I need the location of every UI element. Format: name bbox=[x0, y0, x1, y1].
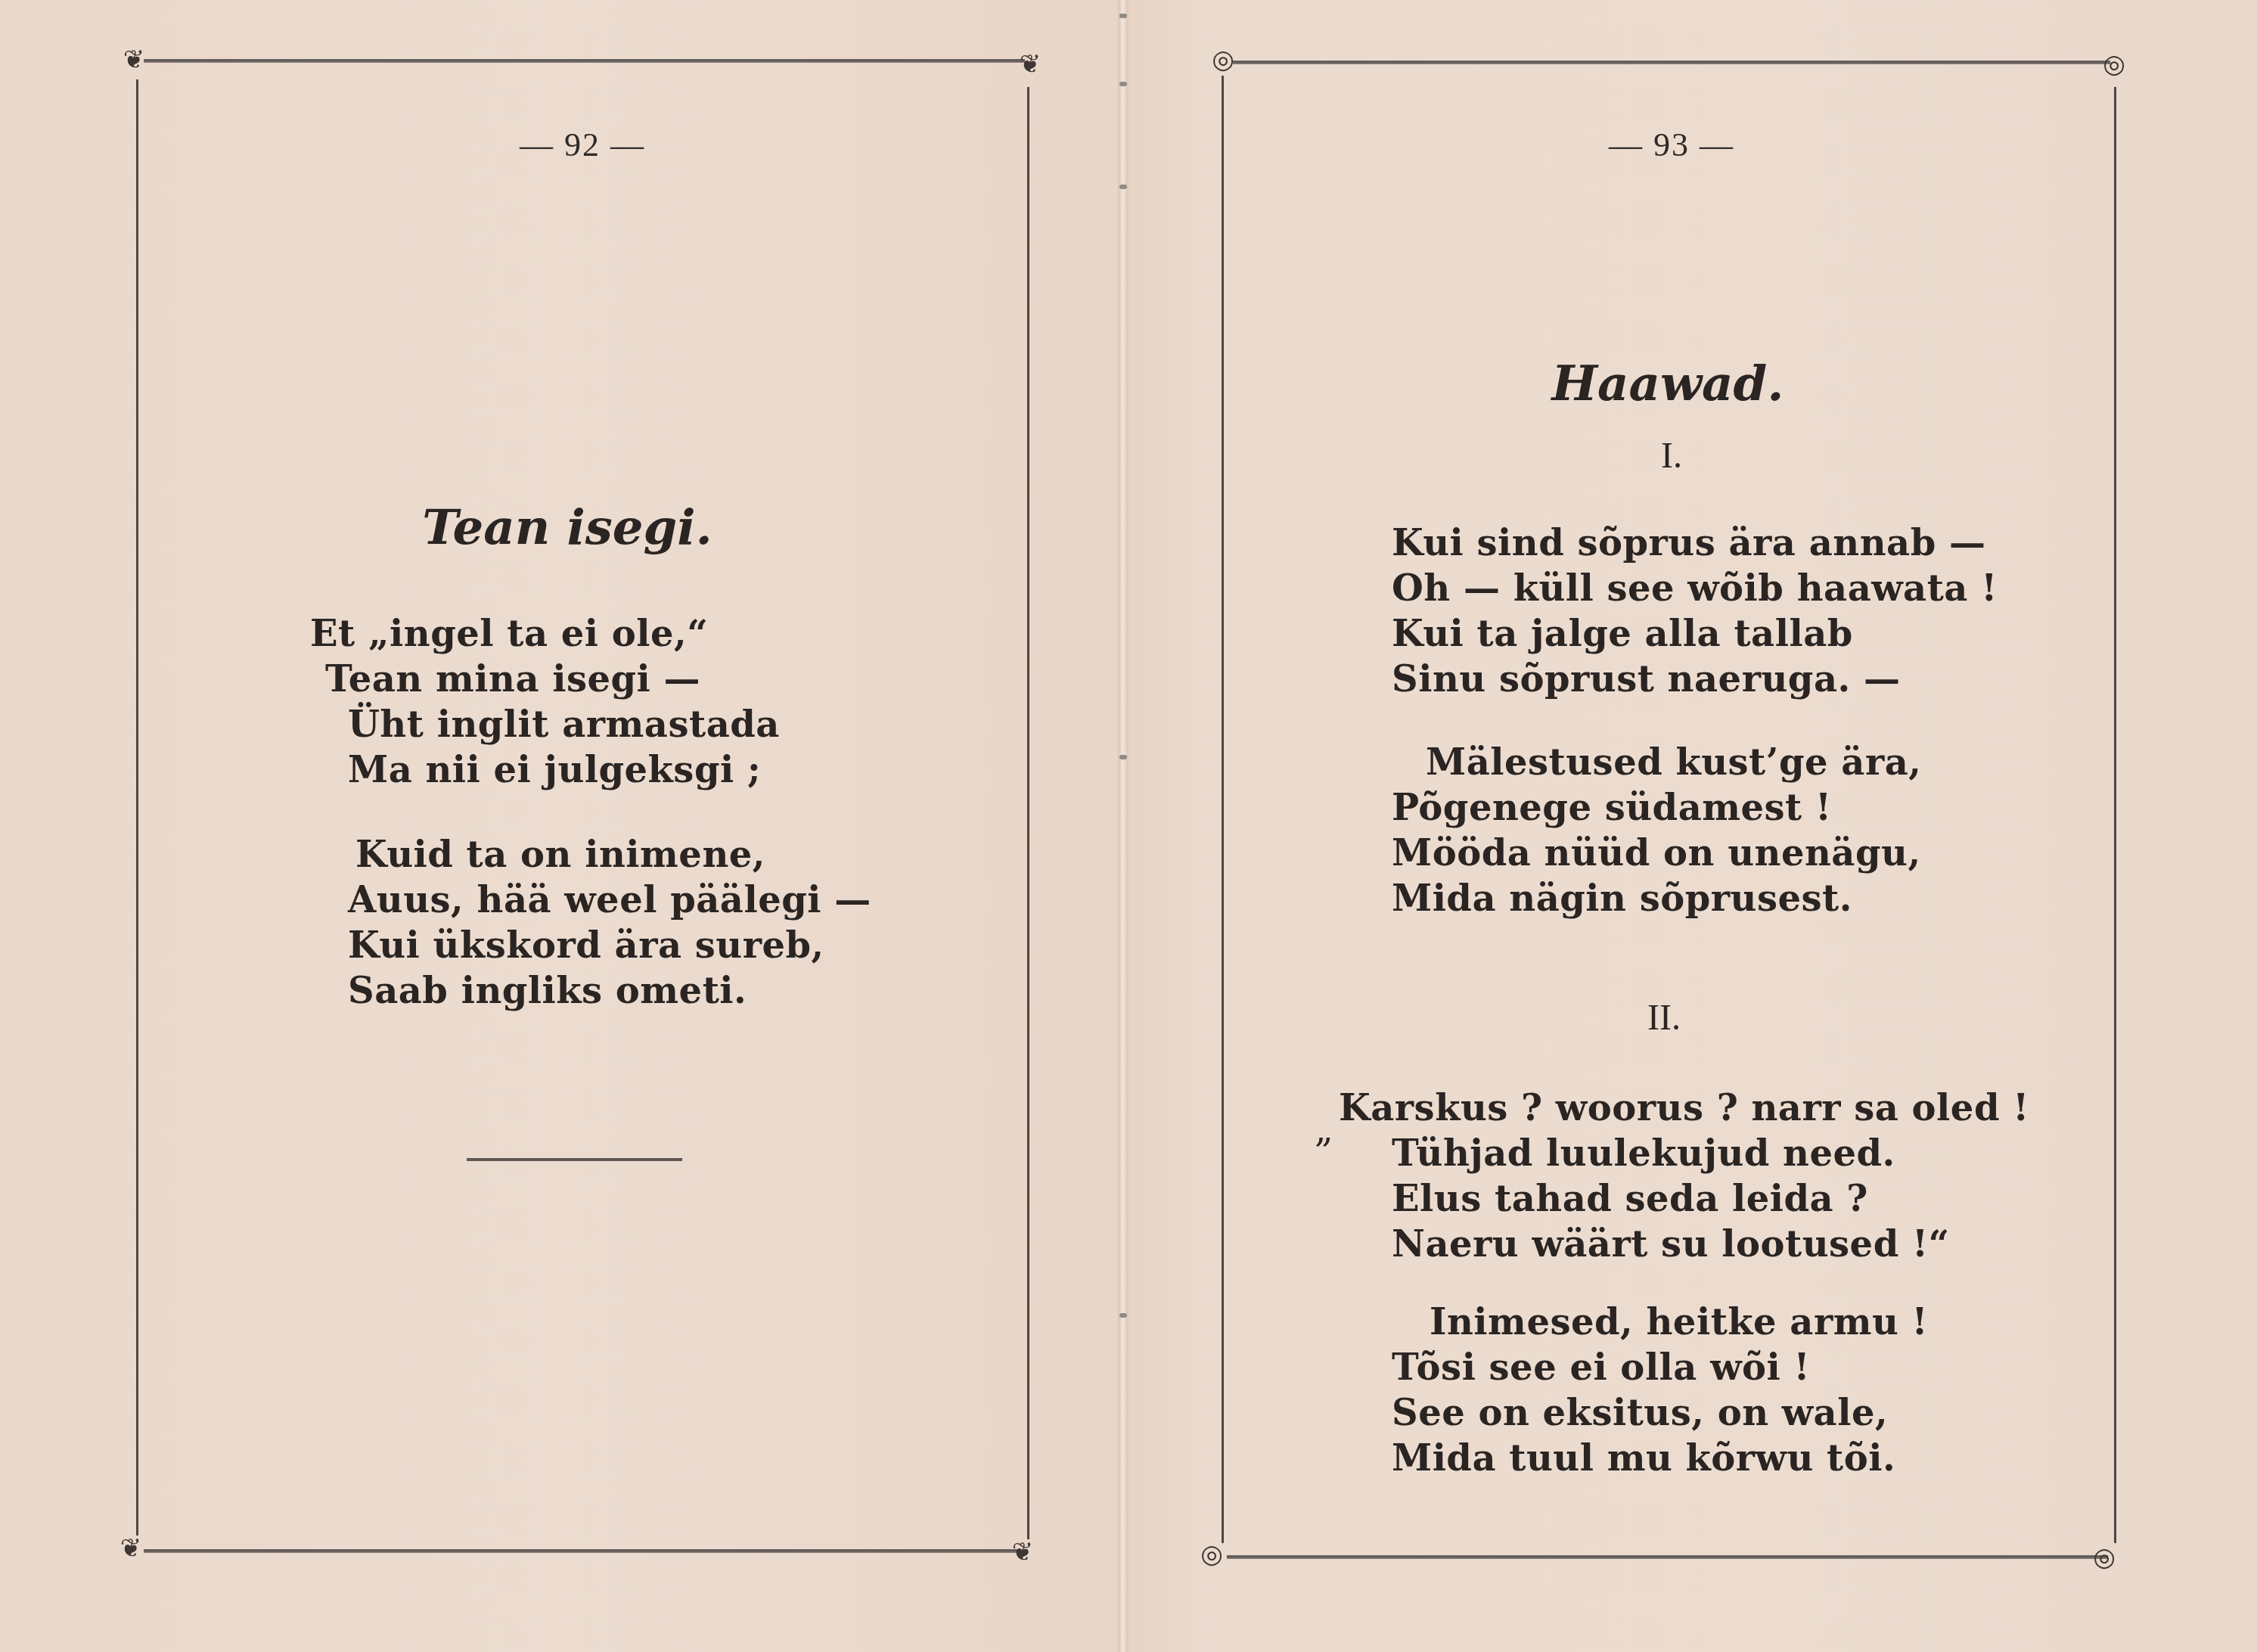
corner-ornament-icon: ◎ bbox=[1210, 47, 1236, 73]
poem-stanza: Mälestused kust’ge ära, Põgenege südames… bbox=[1392, 740, 1922, 921]
poem-line: Tean mina isegi — bbox=[310, 657, 780, 702]
left-page bbox=[0, 0, 1121, 1652]
poem-title-haawad: Haawad. bbox=[1441, 356, 1895, 412]
poem-line: Mälestused kust’ge ära, bbox=[1392, 740, 1922, 785]
poem-line: See on eksitus, on wale, bbox=[1392, 1390, 1928, 1436]
corner-ornament-icon: ❦ bbox=[1017, 51, 1043, 77]
poem-line: Mida tuul mu kõrwu tõi. bbox=[1392, 1436, 1928, 1481]
book-spine bbox=[1118, 0, 1128, 1652]
section-number-2: II. bbox=[1588, 997, 1740, 1039]
poem-line: Inimesed, heitke armu ! bbox=[1392, 1300, 1928, 1345]
page-number-right: — 93 — bbox=[1520, 126, 1823, 164]
poem-line: Saab ingliks ometi. bbox=[348, 968, 871, 1014]
poem-stanza: Inimesed, heitke armu ! Tõsi see ei olla… bbox=[1392, 1300, 1928, 1481]
poem-line: Kuid ta on inimene, bbox=[348, 832, 871, 877]
spine-stitch bbox=[1119, 14, 1127, 18]
corner-ornament-icon: ❦ bbox=[1010, 1539, 1035, 1565]
poem-line: Karskus ? woorus ? narr sa oled ! bbox=[1339, 1085, 2029, 1131]
corner-ornament-icon: ◎ bbox=[2101, 51, 2127, 77]
poem-line: Kui ta jalge alla tallab bbox=[1331, 611, 1998, 657]
right-frame-top-rule bbox=[1233, 61, 2110, 64]
left-frame-left-rule bbox=[136, 79, 138, 1536]
corner-ornament-icon: ◎ bbox=[2091, 1545, 2117, 1570]
right-frame-bottom-rule bbox=[1227, 1555, 2108, 1559]
poem-line: Tühjad luulekujud need. bbox=[1339, 1131, 2029, 1176]
opening-quote-mark: „ bbox=[1315, 1108, 1333, 1150]
poem-line: Põgenege südamest ! bbox=[1392, 785, 1922, 831]
poem-line: Elus tahad seda leida ? bbox=[1339, 1176, 2029, 1222]
poem-line: Et „ingel ta ei ole,“ bbox=[310, 611, 780, 657]
page-number-left: — 92 — bbox=[431, 126, 734, 164]
corner-ornament-icon: ❦ bbox=[121, 47, 147, 73]
poem-line: Ma nii ei julgeksgi ; bbox=[310, 747, 780, 793]
poem-line: Auus, hää weel päälegi — bbox=[348, 877, 871, 923]
poem-line: Mida nägin sõprusest. bbox=[1392, 876, 1922, 921]
section-number-1: I. bbox=[1596, 435, 1747, 477]
poem-line: Tõsi see ei olla wõi ! bbox=[1392, 1345, 1928, 1390]
spine-stitch bbox=[1119, 755, 1127, 759]
poem-line: Oh — küll see wõib haawata ! bbox=[1331, 566, 1998, 611]
poem-stanza: Et „ingel ta ei ole,“ Tean mina isegi — … bbox=[310, 611, 780, 793]
poem-line: Naeru wäärt su lootused !“ bbox=[1339, 1222, 2029, 1267]
right-frame-left-rule bbox=[1222, 76, 1224, 1543]
spine-stitch bbox=[1119, 82, 1127, 86]
poem-stanza: Kuid ta on inimene, Auus, hää weel pääle… bbox=[348, 832, 871, 1014]
poem-stanza: Kui sind sõprus ära annab — Oh — küll se… bbox=[1331, 520, 1998, 702]
left-frame-right-rule bbox=[1027, 87, 1029, 1539]
spine-stitch bbox=[1119, 185, 1127, 189]
poem-line: Kui sind sõprus ära annab — bbox=[1331, 520, 1998, 566]
poem-line: Mööda nüüd on unenägu, bbox=[1392, 831, 1922, 876]
end-of-poem-rule bbox=[467, 1158, 682, 1161]
left-frame-bottom-rule bbox=[144, 1549, 1021, 1553]
poem-stanza: Karskus ? woorus ? narr sa oled ! Tühjad… bbox=[1339, 1085, 2029, 1267]
poem-line: Kui ükskord ära sureb, bbox=[348, 923, 871, 968]
corner-ornament-icon: ◎ bbox=[1199, 1542, 1225, 1567]
right-frame-right-rule bbox=[2114, 87, 2116, 1543]
poem-line: Sinu sõprust naeruga. — bbox=[1331, 657, 1998, 702]
poem-line: Üht inglit armastada bbox=[310, 702, 780, 747]
poem-title-tean-isegi: Tean isegi. bbox=[340, 499, 794, 556]
left-frame-top-rule bbox=[144, 59, 1025, 63]
spine-stitch bbox=[1119, 1313, 1127, 1318]
corner-ornament-icon: ❦ bbox=[118, 1536, 144, 1561]
